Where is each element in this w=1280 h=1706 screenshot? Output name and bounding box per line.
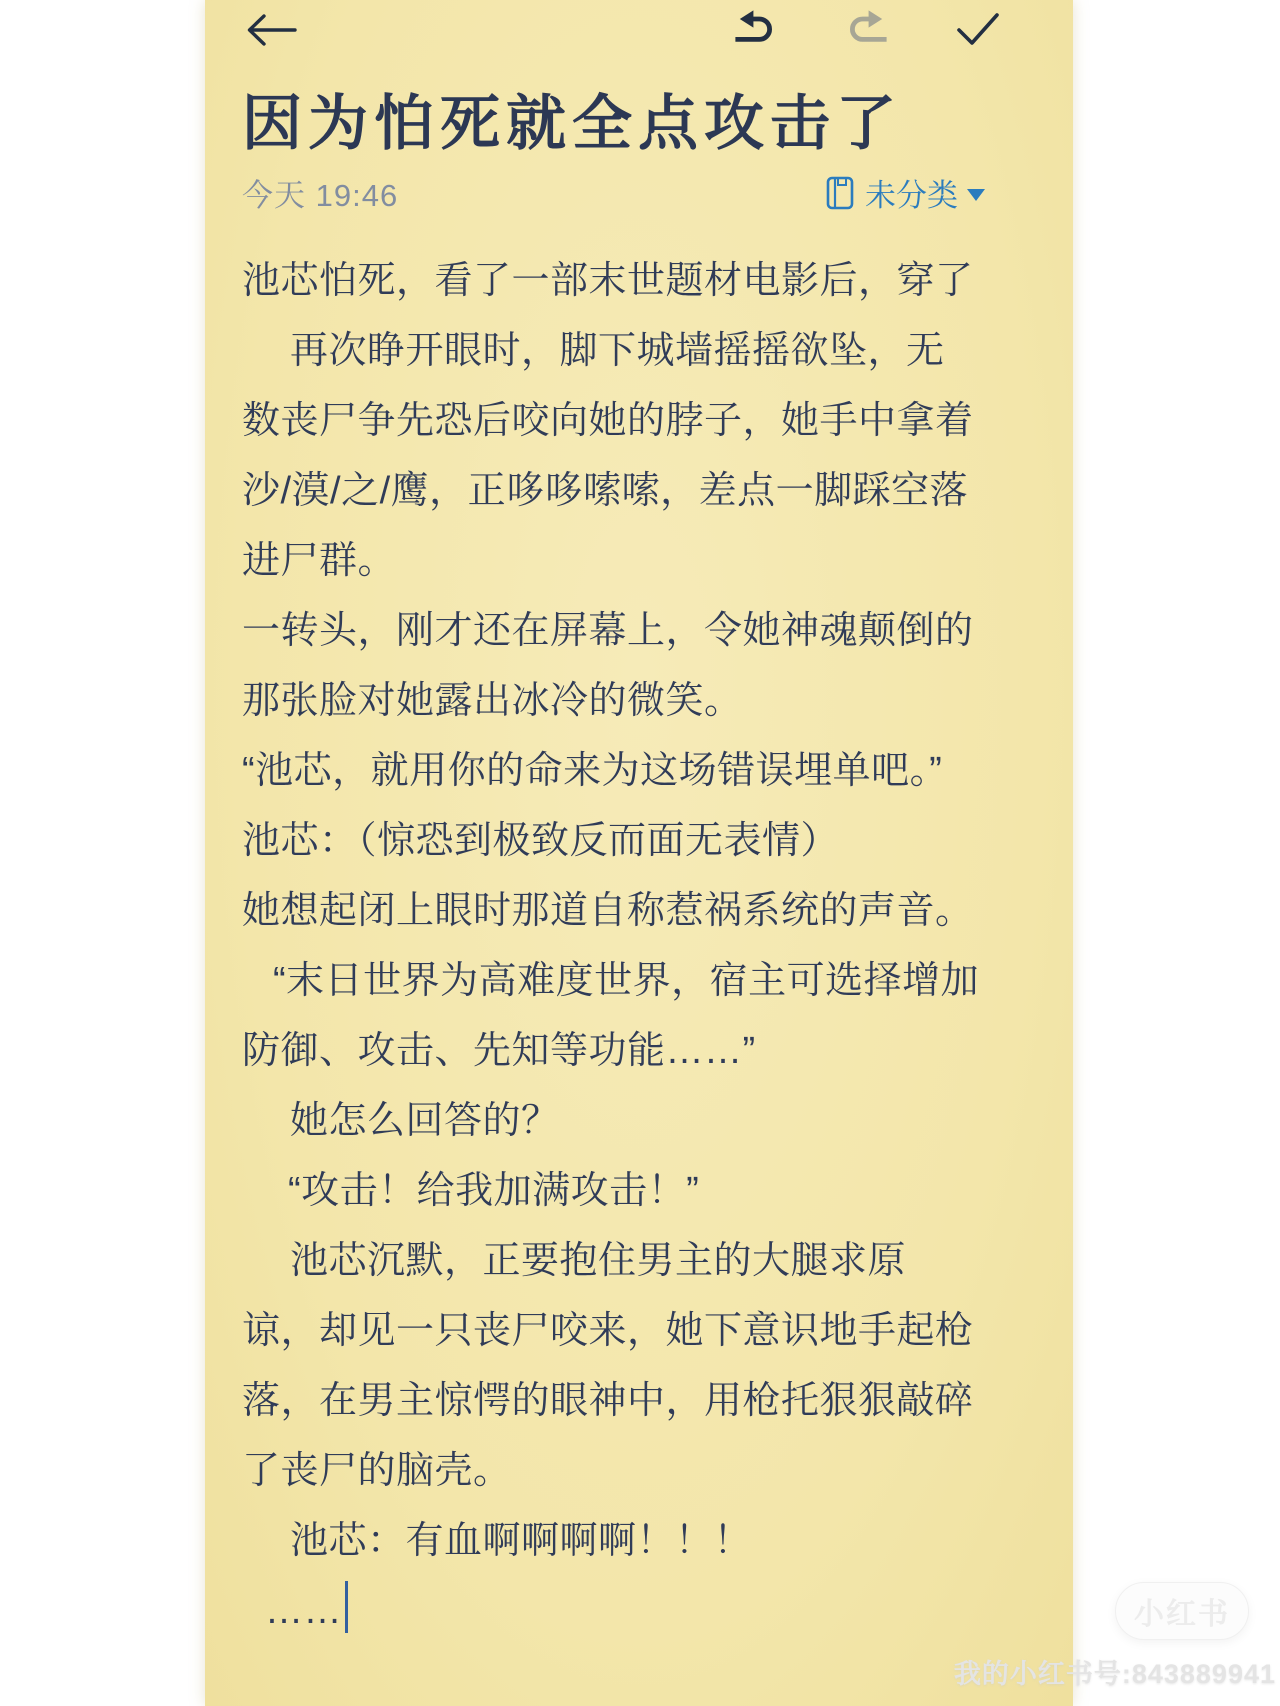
note-text-line: …… bbox=[242, 1576, 1043, 1646]
category-label: 未分类 bbox=[865, 170, 958, 215]
undo-button[interactable] bbox=[729, 8, 781, 48]
chevron-down-icon bbox=[967, 189, 985, 201]
note-text-line: 她想起闭上眼时那道自称惹祸系统的声音。 bbox=[242, 876, 1043, 946]
note-text-line: 那张脸对她露出冰冷的微笑。 bbox=[242, 666, 1043, 736]
toolbar bbox=[205, 0, 1073, 60]
redo-icon bbox=[841, 8, 893, 48]
note-text-line: “池芯，就用你的命来为这场错误埋单吧。” bbox=[242, 736, 1043, 806]
notebook-icon bbox=[826, 175, 856, 211]
watermark-account-id: 我的小红书号:843889941 bbox=[954, 1652, 1276, 1691]
note-body[interactable]: 池芯怕死，看了一部末世题材电影后，穿了再次睁开眼时，脚下城墙摇摇欲坠，无数丧尸争… bbox=[242, 246, 1043, 1646]
note-text-line: 再次睁开眼时，脚下城墙摇摇欲坠，无 bbox=[242, 316, 1043, 386]
note-text-line: 池芯：（惊恐到极致反而面无表情） bbox=[242, 806, 1043, 876]
note-text-line: 池芯：有血啊啊啊啊！！！ bbox=[242, 1506, 1043, 1576]
note-text-line: 了丧尸的脑壳。 bbox=[242, 1436, 1043, 1506]
note-meta-row: 今天 19:46 未分类 bbox=[242, 170, 985, 215]
xiaohongshu-logo-text: 小红书 bbox=[1134, 1589, 1230, 1633]
category-selector[interactable]: 未分类 bbox=[826, 170, 985, 215]
note-text-line: 沙/漠/之/鹰，正哆哆嗦嗦，差点一脚踩空落 bbox=[242, 456, 1043, 526]
note-title: 因为怕死就全点攻击了 bbox=[242, 76, 902, 162]
back-button[interactable] bbox=[243, 8, 299, 52]
text-cursor bbox=[345, 1581, 348, 1633]
screenshot-canvas: 因为怕死就全点攻击了 今天 19:46 未分类 池芯怕死，看了一部末世题材电影后… bbox=[0, 0, 1280, 1706]
note-text-line: 落，在男主惊愕的眼神中，用枪托狠狠敲碎 bbox=[242, 1366, 1043, 1436]
note-text-line: “攻击！给我加满攻击！” bbox=[242, 1156, 1043, 1226]
note-text-line: 防御、攻击、先知等功能……” bbox=[242, 1016, 1043, 1086]
note-timestamp: 今天 19:46 bbox=[242, 170, 398, 215]
confirm-button[interactable] bbox=[953, 8, 1003, 50]
toolbar-right-group bbox=[729, 8, 1003, 50]
note-text-line: 进尸群。 bbox=[242, 526, 1043, 596]
note-text-line: 池芯怕死，看了一部末世题材电影后，穿了 bbox=[242, 246, 1043, 316]
note-text-line: 池芯沉默，正要抱住男主的大腿求原 bbox=[242, 1226, 1043, 1296]
undo-icon bbox=[729, 8, 781, 48]
note-text-line: “末日世界为高难度世界，宿主可选择增加 bbox=[242, 946, 1043, 1016]
note-editor: 因为怕死就全点攻击了 今天 19:46 未分类 池芯怕死，看了一部末世题材电影后… bbox=[205, 0, 1073, 1706]
note-text-line: 数丧尸争先恐后咬向她的脖子，她手中拿着 bbox=[242, 386, 1043, 456]
redo-button[interactable] bbox=[841, 8, 893, 48]
note-text-line: 一转头，刚才还在屏幕上，令她神魂颠倒的 bbox=[242, 596, 1043, 666]
note-text-line: 谅，却见一只丧尸咬来，她下意识地手起枪 bbox=[242, 1296, 1043, 1366]
note-text-line: 她怎么回答的？ bbox=[242, 1086, 1043, 1156]
back-icon bbox=[243, 8, 299, 52]
checkmark-icon bbox=[953, 8, 1003, 50]
xiaohongshu-logo-badge: 小红书 bbox=[1115, 1582, 1249, 1640]
